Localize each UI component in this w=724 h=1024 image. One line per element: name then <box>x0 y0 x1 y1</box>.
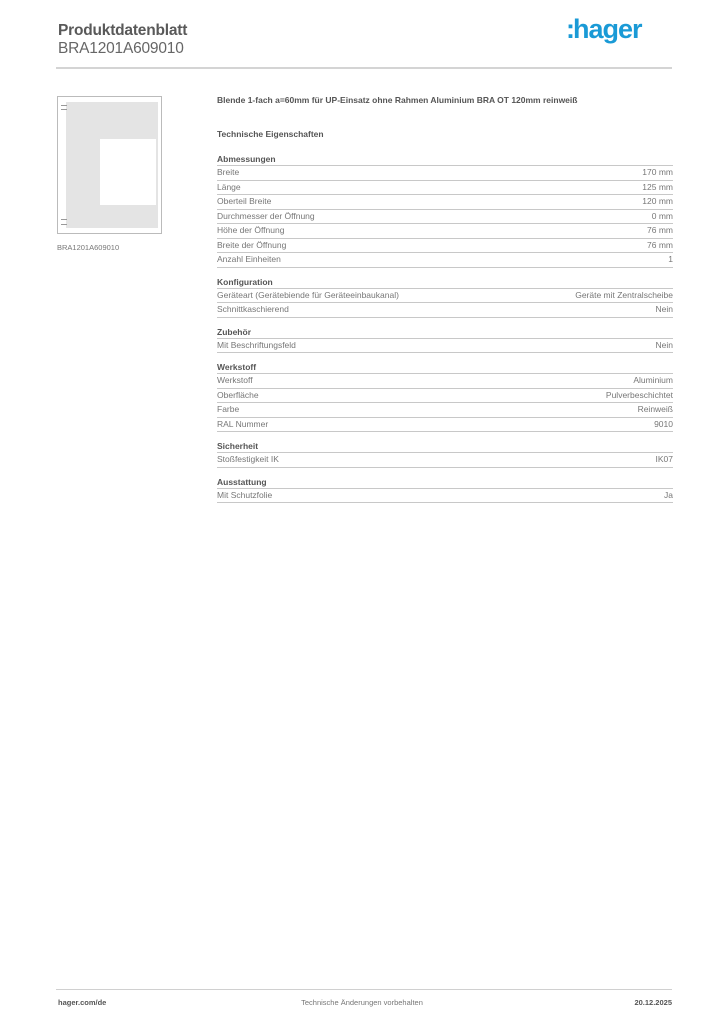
spec-label: Breite der Öffnung <box>217 239 286 253</box>
spec-row: WerkstoffAluminium <box>217 374 673 389</box>
spec-row: Anzahl Einheiten1 <box>217 253 673 268</box>
spec-value: Nein <box>656 339 673 353</box>
section-heading: Zubehör <box>217 327 673 339</box>
spec-label: Anzahl Einheiten <box>217 253 281 267</box>
spec-row: RAL Nummer9010 <box>217 418 673 433</box>
spec-sections: AbmessungenBreite170 mmLänge125 mmOberte… <box>217 154 673 503</box>
spec-row: Höhe der Öffnung76 mm <box>217 224 673 239</box>
section-heading: Sicherheit <box>217 441 673 453</box>
plate-opening <box>100 139 156 205</box>
spec-row: OberflächePulverbeschichtet <box>217 389 673 404</box>
spec-value: 76 mm <box>647 239 673 253</box>
spec-value: IK07 <box>656 453 674 467</box>
spec-value: 125 mm <box>642 181 673 195</box>
spec-row: Länge125 mm <box>217 181 673 196</box>
clip-mark <box>61 105 67 106</box>
section-heading: Abmessungen <box>217 154 673 166</box>
spec-label: Höhe der Öffnung <box>217 224 284 238</box>
image-caption: BRA1201A609010 <box>57 243 119 252</box>
section-heading: Konfiguration <box>217 277 673 289</box>
clip-mark <box>61 109 67 110</box>
footer-date: 20.12.2025 <box>634 998 672 1007</box>
spec-row: Stoßfestigkeit IKIK07 <box>217 453 673 468</box>
spec-value: 9010 <box>654 418 673 432</box>
spec-label: Mit Schutzfolie <box>217 489 272 503</box>
footer-disclaimer: Technische Änderungen vorbehalten <box>0 998 724 1007</box>
spec-row: Breite170 mm <box>217 166 673 181</box>
spec-value: Nein <box>656 303 673 317</box>
spec-value: Reinweiß <box>638 403 673 417</box>
clip-mark <box>61 219 67 220</box>
spec-label: Durchmesser der Öffnung <box>217 210 315 224</box>
spec-value: Ja <box>664 489 673 503</box>
spec-row: SchnittkaschierendNein <box>217 303 673 318</box>
section-heading: Ausstattung <box>217 477 673 489</box>
spec-label: Breite <box>217 166 239 180</box>
spec-section: AusstattungMit SchutzfolieJa <box>217 477 673 504</box>
product-description: Blende 1-fach a=60mm für UP-Einsatz ohne… <box>217 95 673 129</box>
spec-label: Mit Beschriftungsfeld <box>217 339 296 353</box>
cover-plate-illustration <box>66 102 158 228</box>
spec-label: Farbe <box>217 403 239 417</box>
header-divider <box>56 67 672 69</box>
spec-row: Breite der Öffnung76 mm <box>217 239 673 254</box>
spec-label: Schnittkaschierend <box>217 303 289 317</box>
spec-label: Oberteil Breite <box>217 195 271 209</box>
spec-section: KonfigurationGeräteart (Gerätebiende für… <box>217 277 673 318</box>
product-image <box>57 96 162 234</box>
spec-value: 120 mm <box>642 195 673 209</box>
spec-row: Mit SchutzfolieJa <box>217 489 673 504</box>
spec-label: RAL Nummer <box>217 418 268 432</box>
article-number: BRA1201A609010 <box>58 40 184 58</box>
spec-row: Oberteil Breite120 mm <box>217 195 673 210</box>
spec-row: Mit BeschriftungsfeldNein <box>217 339 673 354</box>
spec-label: Stoßfestigkeit IK <box>217 453 279 467</box>
spec-value: 0 mm <box>652 210 673 224</box>
footer-divider <box>56 989 672 990</box>
spec-content: Blende 1-fach a=60mm für UP-Einsatz ohne… <box>217 95 673 512</box>
logo-text: hager <box>573 14 642 44</box>
spec-label: Oberfläche <box>217 389 259 403</box>
spec-label: Werkstoff <box>217 374 253 388</box>
spec-value: 1 <box>668 253 673 267</box>
spec-label: Länge <box>217 181 241 195</box>
spec-row: Geräteart (Gerätebiende für Geräteeinbau… <box>217 289 673 304</box>
section-heading: Werkstoff <box>217 362 673 374</box>
logo-colon: : <box>566 14 573 44</box>
spec-section: WerkstoffWerkstoffAluminiumOberflächePul… <box>217 362 673 432</box>
spec-value: 76 mm <box>647 224 673 238</box>
technical-properties-heading: Technische Eigenschaften <box>217 129 673 154</box>
spec-value: Pulverbeschichtet <box>606 389 673 403</box>
spec-section: ZubehörMit BeschriftungsfeldNein <box>217 327 673 354</box>
clip-mark <box>61 224 67 225</box>
spec-section: AbmessungenBreite170 mmLänge125 mmOberte… <box>217 154 673 268</box>
spec-value: Geräte mit Zentralscheibe <box>575 289 673 303</box>
spec-value: 170 mm <box>642 166 673 180</box>
spec-label: Geräteart (Gerätebiende für Geräteeinbau… <box>217 289 399 303</box>
spec-section: SicherheitStoßfestigkeit IKIK07 <box>217 441 673 468</box>
hager-logo: :hager <box>566 14 642 45</box>
spec-value: Aluminium <box>633 374 673 388</box>
spec-row: Durchmesser der Öffnung0 mm <box>217 210 673 225</box>
spec-row: FarbeReinweiß <box>217 403 673 418</box>
page-title: Produktdatenblatt <box>58 22 187 40</box>
